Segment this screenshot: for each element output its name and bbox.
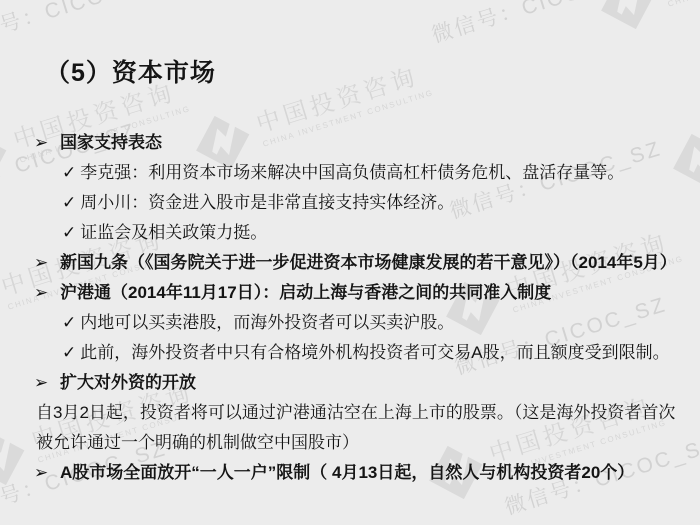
sub-item-text: 此前，海外投资者中只有合格境外机构投资者可交易A股，而且额度受到限制。: [80, 343, 669, 362]
cicc-logo-icon: [0, 122, 16, 194]
bullet-list: ➢国家支持表态 ✓李克强：利用资本市场来解决中国高负债高杠杆债务危机、盘活存量等…: [32, 128, 680, 488]
arrow-bullet-icon: ➢: [34, 368, 60, 398]
arrow-bullet-icon: ➢: [34, 128, 60, 158]
bullet-item: ➢沪港通（2014年11月17日）：启动上海与香港之间的共同准入制度: [32, 278, 680, 308]
check-icon: ✓: [62, 188, 76, 218]
slide-title: （5）资本市场: [32, 56, 680, 90]
sub-item-text: 证监会及相关政策力挺。: [80, 223, 267, 242]
sub-item-text: 内地可以买卖港股，而海外投资者可以买卖沪股。: [80, 313, 454, 332]
paragraph: 自3月2日起，投资者将可以通过沪港通沽空在上海上市的股票。（这是海外投资者首次被…: [32, 398, 680, 458]
check-icon: ✓: [62, 308, 76, 338]
sub-item: ✓证监会及相关政策力挺。: [32, 218, 680, 248]
cicc-logo-icon: [0, 422, 34, 494]
bullet-item: ➢扩大对外资的开放: [32, 368, 680, 398]
sub-item-text: 李克强：利用资本市场来解决中国高负债高杠杆债务危机、盘活存量等。: [80, 163, 624, 182]
cicc-logo-icon: [592, 0, 664, 39]
bullet-text: 沪港通（2014年11月17日）：启动上海与香港之间的共同准入制度: [60, 283, 551, 302]
watermark-wechat-text: 微信号：CICOC_SZ: [428, 0, 647, 49]
sub-item: ✓此前，海外投资者中只有合格境外机构投资者可交易A股，而且额度受到限制。: [32, 338, 680, 368]
sub-item-text: 周小川：资金进入股市是非常直接支持实体经济。: [80, 193, 454, 212]
check-icon: ✓: [62, 218, 76, 248]
arrow-bullet-icon: ➢: [34, 248, 60, 278]
sub-item: ✓李克强：利用资本市场来解决中国高负债高杠杆债务危机、盘活存量等。: [32, 158, 680, 188]
bullet-item: ➢A股市场全面放开“一人一户”限制（ 4月13日起，自然人与机构投资者20个）: [32, 458, 680, 488]
watermark-logo-subtext: CHINA INVESTMENT CONSULTING: [667, 0, 700, 9]
bullet-text: 扩大对外资的开放: [60, 373, 196, 392]
watermark-logo: 中国投资咨询CHINA INVESTMENT CONSULTING: [592, 0, 700, 39]
watermark-wechat-text: 微信号：CICOC_SZ: [0, 0, 170, 53]
arrow-bullet-icon: ➢: [34, 278, 60, 308]
bullet-text: 国家支持表态: [60, 133, 162, 152]
watermark-logo: 中国投资咨询CHINA INVESTMENT CONSULTING: [0, 0, 193, 29]
bullet-item: ➢国家支持表态: [32, 128, 680, 158]
sub-item: ✓周小川：资金进入股市是非常直接支持实体经济。: [32, 188, 680, 218]
slide-content: （5）资本市场 ➢国家支持表态 ✓李克强：利用资本市场来解决中国高负债高杠杆债务…: [32, 56, 680, 488]
slide: 中国投资咨询CHINA INVESTMENT CONSULTING 中国投资咨询…: [0, 0, 700, 525]
bullet-item: ➢新国九条（《国务院关于进一步促进资本市场健康发展的若干意见》）（2014年5月…: [32, 248, 680, 278]
check-icon: ✓: [62, 338, 76, 368]
cicc-logo-icon: [0, 0, 14, 29]
cicc-logo-icon: [0, 269, 4, 341]
check-icon: ✓: [62, 158, 76, 188]
sub-item: ✓内地可以买卖港股，而海外投资者可以买卖沪股。: [32, 308, 680, 338]
bullet-text: 新国九条（《国务院关于进一步促进资本市场健康发展的若干意见》）（2014年5月）: [60, 253, 677, 272]
arrow-bullet-icon: ➢: [34, 458, 60, 488]
bullet-text: A股市场全面放开“一人一户”限制（ 4月13日起，自然人与机构投资者20个）: [60, 463, 634, 482]
